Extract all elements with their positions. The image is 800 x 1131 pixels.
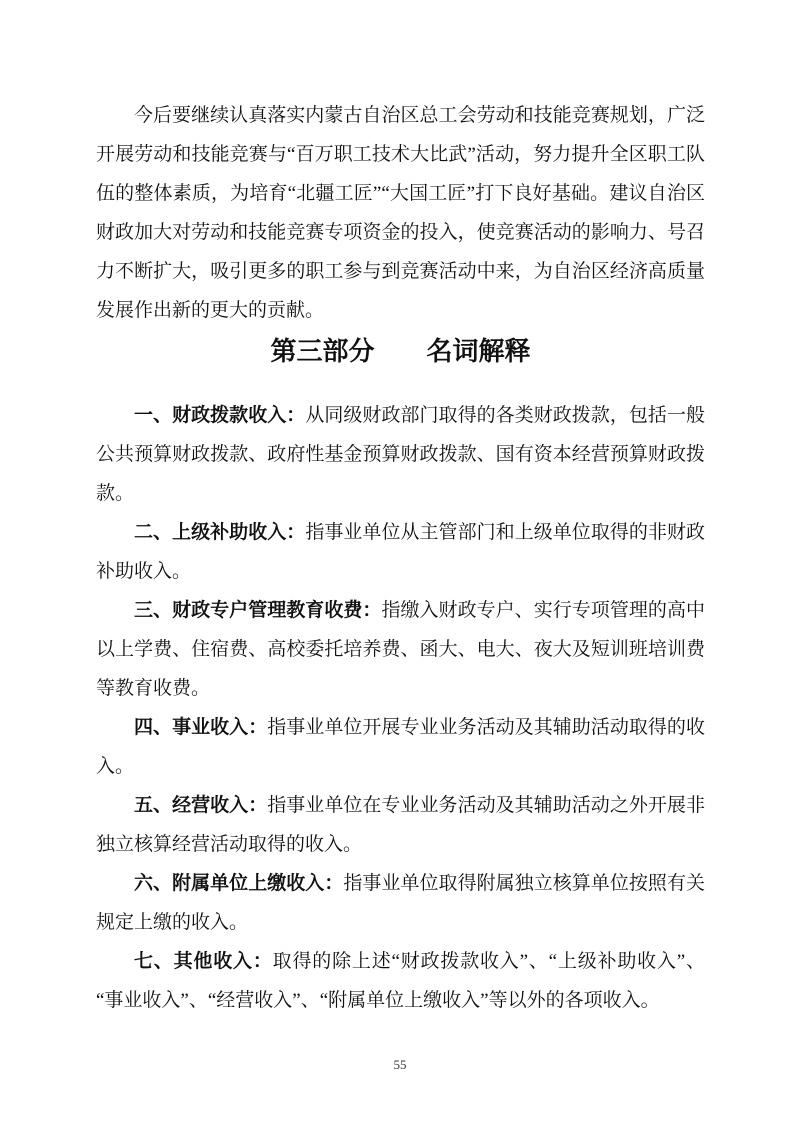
glossary-item-term: 一、财政拨款收入： bbox=[134, 405, 305, 426]
glossary-item: 一、财政拨款收入：从同级财政部门取得的各类财政拨款，包括一般公共预算财政拨款、政… bbox=[96, 396, 705, 513]
glossary-item-term: 四、事业收入： bbox=[134, 717, 267, 738]
glossary-item: 六、附属单位上缴收入：指事业单位取得附属独立核算单位按照有关规定上缴的收入。 bbox=[96, 864, 705, 942]
section-title: 第三部分 名词解释 bbox=[96, 332, 705, 372]
glossary-item-term: 六、附属单位上缴收入： bbox=[134, 873, 343, 894]
glossary-item: 二、上级补助收入：指事业单位从主管部门和上级单位取得的非财政补助收入。 bbox=[96, 513, 705, 591]
glossary-item: 四、事业收入：指事业单位开展专业业务活动及其辅助活动取得的收入。 bbox=[96, 708, 705, 786]
glossary-item-term: 二、上级补助收入： bbox=[134, 522, 305, 543]
glossary-item-term: 七、其他收入： bbox=[134, 951, 273, 972]
glossary-item: 七、其他收入：取得的除上述“财政拨款收入”、“上级补助收入”、“事业收入”、“经… bbox=[96, 942, 705, 1020]
glossary-list: 一、财政拨款收入：从同级财政部门取得的各类财政拨款，包括一般公共预算财政拨款、政… bbox=[96, 396, 705, 1020]
glossary-item-term: 五、经营收入： bbox=[134, 795, 267, 816]
intro-paragraph: 今后要继续认真落实内蒙古自治区总工会劳动和技能竞赛规划，广泛开展劳动和技能竞赛与… bbox=[96, 96, 705, 330]
page-number: 55 bbox=[394, 1057, 407, 1072]
glossary-item: 三、财政专户管理教育收费：指缴入财政专户、实行专项管理的高中以上学费、住宿费、高… bbox=[96, 591, 705, 708]
page-footer: 55 bbox=[0, 1057, 800, 1073]
glossary-item: 五、经营收入：指事业单位在专业业务活动及其辅助活动之外开展非独立核算经营活动取得… bbox=[96, 786, 705, 864]
document-page: 今后要继续认真落实内蒙古自治区总工会劳动和技能竞赛规划，广泛开展劳动和技能竞赛与… bbox=[0, 0, 800, 1131]
glossary-item-term: 三、财政专户管理教育收费： bbox=[134, 600, 381, 621]
